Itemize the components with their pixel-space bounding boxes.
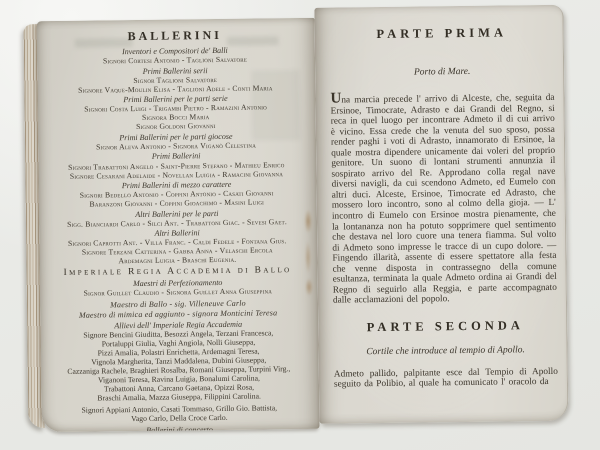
part2-heading: PARTE SECONDA <box>333 318 557 336</box>
part1-paragraph: Una marcia precede l' arrivo di Alceste,… <box>330 91 557 307</box>
synopsis: PARTE PRIMA Porto di Mare. Una marcia pr… <box>330 25 558 391</box>
part1-scene: Porto di Mare. <box>330 66 554 79</box>
open-book-scan: BALLERINI Inventori e Compositori de' Ba… <box>23 2 576 443</box>
section-heading: Ballerini di concerto <box>55 424 303 432</box>
page-title: BALLERINI <box>51 27 299 45</box>
right-page: PARTE PRIMA Porto di Mare. Una marcia pr… <box>314 5 568 424</box>
part2-paragraph: Admeto pallido, palpitante esce dal Temp… <box>334 367 558 391</box>
cast-list: BALLERINI Inventori e Compositori de' Ba… <box>51 27 304 432</box>
part2-scene: Cortile che introduce al tempio di Apoll… <box>334 345 558 358</box>
cast-line: Braschi Amalia, Mazza Giuseppa, Filippin… <box>55 391 303 403</box>
part1-heading: PARTE PRIMA <box>330 25 554 43</box>
cast-line: Signor Guillet Claudio - Signora Guillet… <box>54 286 302 298</box>
stain <box>301 208 314 298</box>
left-page: BALLERINI Inventori e Compositori de' Ba… <box>37 18 320 432</box>
